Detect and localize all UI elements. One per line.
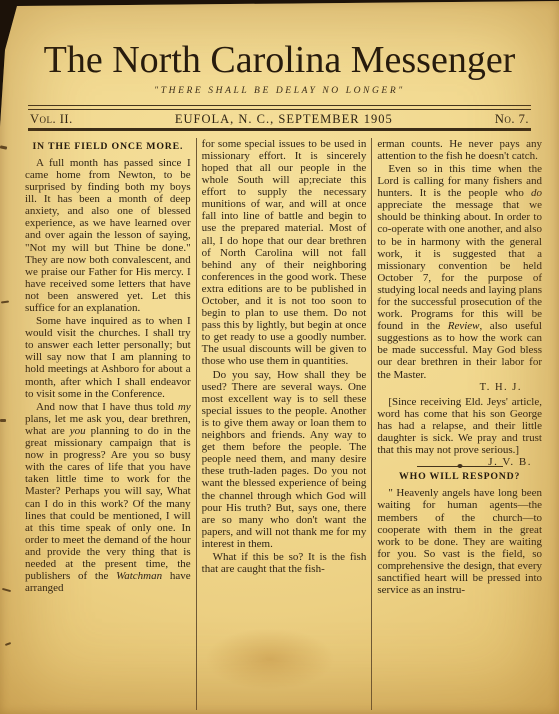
margin-mark: [5, 642, 11, 646]
margin-mark: [0, 145, 7, 149]
column-3: erman counts. He never pays any attentio…: [371, 138, 547, 710]
dateline: Vol. II. EUFOLA, N. C., SEPTEMBER 1905 N…: [30, 112, 529, 127]
newspaper-title: The North Carolina Messenger: [0, 40, 559, 82]
article-heading: IN THE FIELD ONCE MORE.: [25, 141, 191, 153]
signature: T. H. J.: [377, 382, 542, 394]
double-rule: [28, 105, 531, 110]
masthead-motto: "THERE SHALL BE DELAY NO LONGER": [0, 86, 559, 96]
column-1: IN THE FIELD ONCE MORE.A full month has …: [20, 138, 196, 710]
paragraph: " Heavenly angels have long been waiting…: [377, 487, 542, 596]
volume-label: Vol. II.: [30, 112, 73, 127]
newspaper-page: The North Carolina Messenger "THERE SHAL…: [0, 0, 559, 714]
margin-mark: [1, 300, 9, 303]
paragraph: for some special issues to be used in mi…: [202, 138, 367, 368]
place-date-label: EUFOLA, N. C., SEPTEMBER 1905: [175, 112, 393, 127]
thick-rule: [28, 128, 531, 131]
paragraph: A full month has passed since I came hom…: [25, 157, 191, 314]
section-divider-rule: [417, 459, 503, 467]
column-2: for some special issues to be used in mi…: [196, 138, 372, 710]
margin-mark: [0, 419, 6, 422]
masthead: The North Carolina Messenger "THERE SHAL…: [0, 0, 559, 96]
article-heading: WHO WILL RESPOND?: [377, 471, 542, 483]
divider-dot: [457, 464, 462, 468]
paragraph: And now that I have thus told my plans, …: [25, 401, 191, 595]
paragraph: Some have inquired as to when I would vi…: [25, 315, 191, 400]
margin-mark: [2, 588, 11, 592]
article-columns: IN THE FIELD ONCE MORE.A full month has …: [20, 138, 547, 710]
paragraph: erman counts. He never pays any attentio…: [377, 138, 542, 162]
paragraph: Do you say, How shall they be used? Ther…: [202, 369, 367, 550]
paragraph: What if this be so? It is the fish that …: [202, 551, 367, 575]
paragraph: Even so in this time when the Lord is ca…: [377, 163, 542, 381]
issue-number-label: No. 7.: [495, 112, 529, 127]
paragraph: [Since receiving Eld. Jeys' article, wor…: [377, 396, 542, 456]
